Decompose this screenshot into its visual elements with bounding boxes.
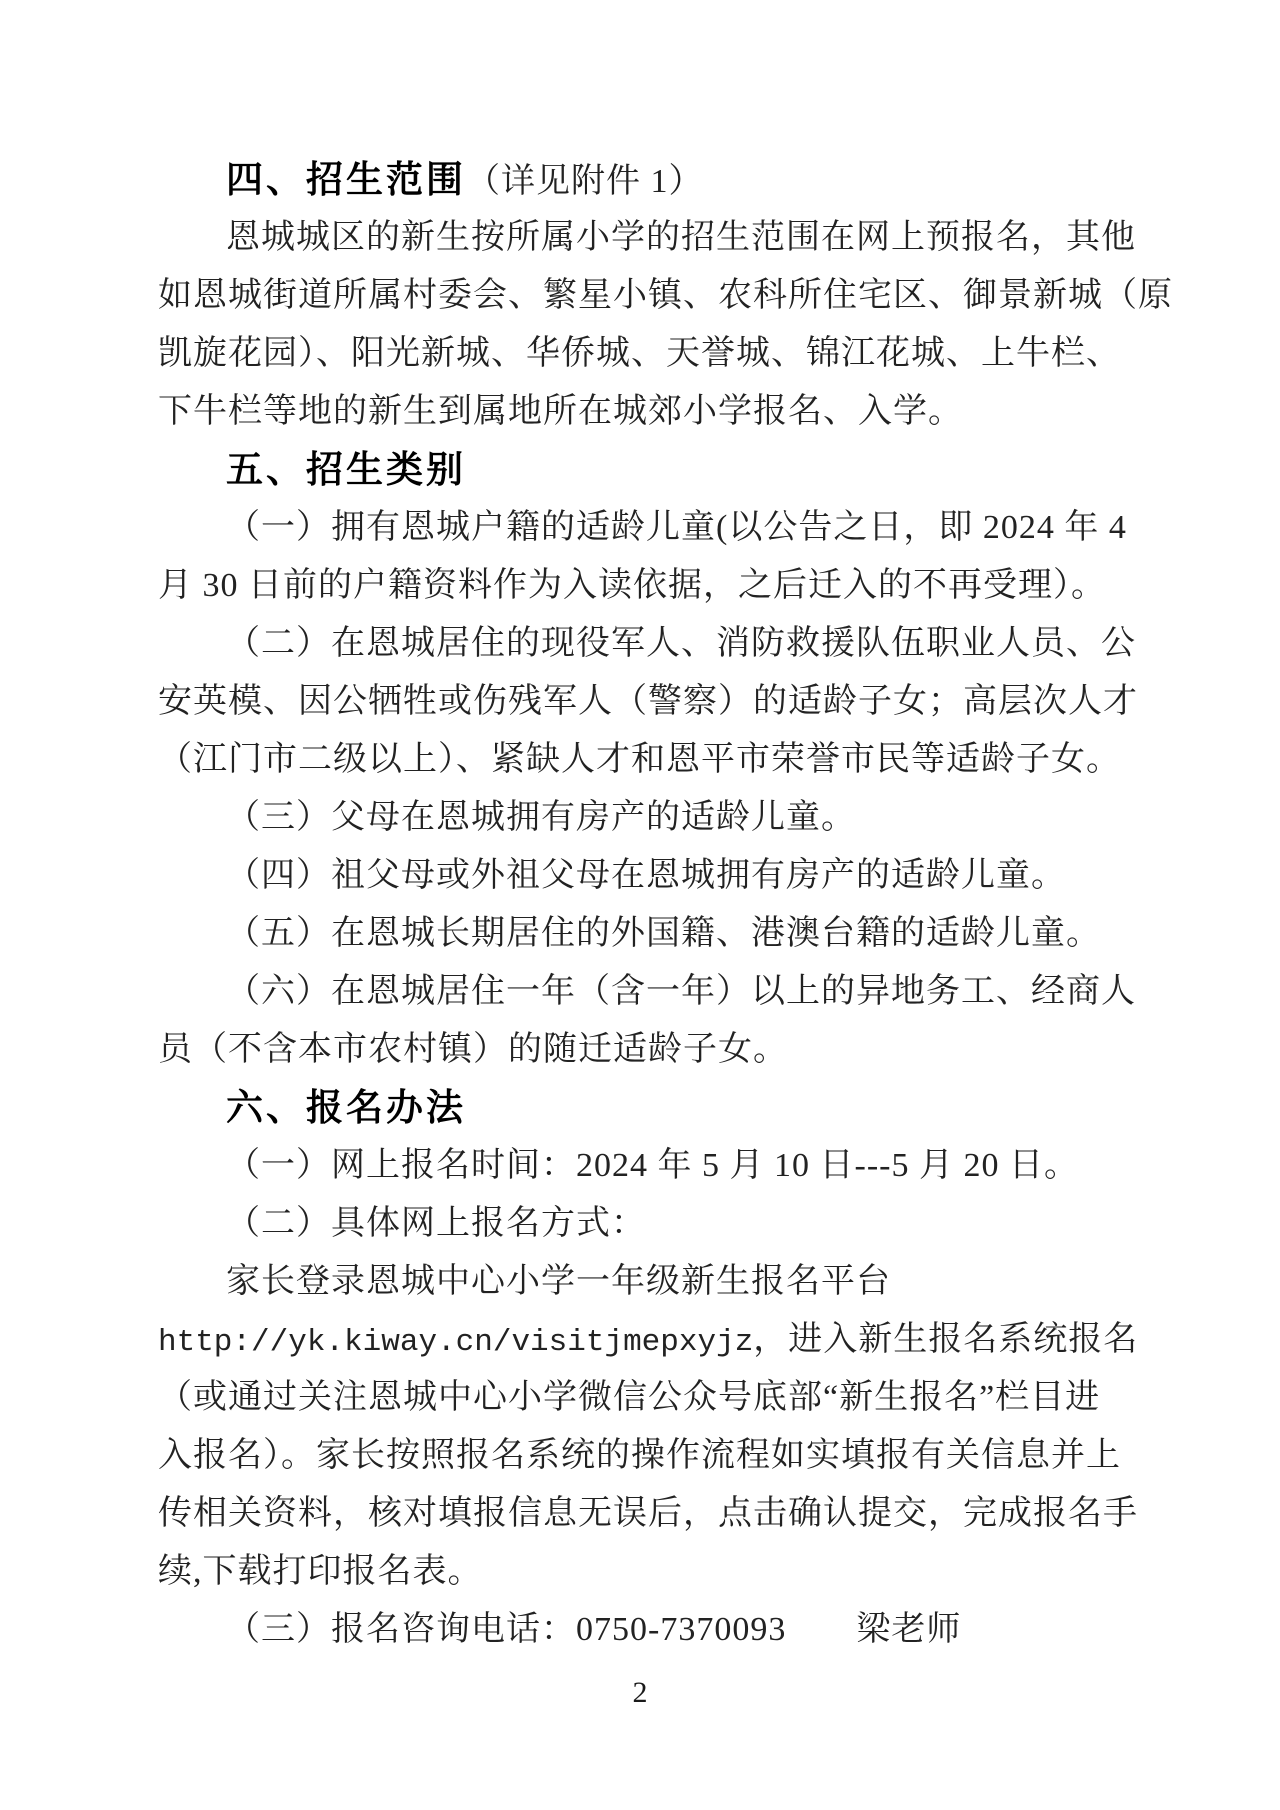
body-text: （或通过关注恩城中心小学微信公众号底部“新生报名”栏目进 (158, 1379, 1100, 1416)
text-line: 下牛栏等地的新生到属地所在城郊小学报名、入学。 (158, 383, 1126, 441)
body-text: （三）报名咨询电话：0750-7370093 梁老师 (226, 1611, 961, 1648)
heading-line: 四、招生范围（详见附件 1） (158, 151, 1126, 209)
text-line: （六）在恩城居住一年（含一年）以上的异地务工、经商人 (158, 963, 1126, 1021)
body-text: 安英模、因公牺牲或伤残军人（警察）的适龄子女；高层次人才 (158, 683, 1138, 720)
text-line: （三）报名咨询电话：0750-7370093 梁老师 (158, 1601, 1126, 1659)
text-line: 恩城城区的新生按所属小学的招生范围在网上预报名，其他 (158, 209, 1126, 267)
body-text: （详见附件 1） (466, 163, 704, 200)
page-number: 2 (0, 1676, 1280, 1710)
body-text: 员（不含本市农村镇）的随迁适龄子女。 (158, 1031, 788, 1068)
text-line: （四）祖父母或外祖父母在恩城拥有房产的适龄儿童。 (158, 847, 1126, 905)
text-line: （二）具体网上报名方式： (158, 1195, 1126, 1253)
body-text: （五）在恩城长期居住的外国籍、港澳台籍的适龄儿童。 (226, 915, 1101, 952)
text-line: （或通过关注恩城中心小学微信公众号底部“新生报名”栏目进 (158, 1369, 1126, 1427)
body-text: （六）在恩城居住一年（含一年）以上的异地务工、经商人 (226, 973, 1136, 1010)
text-line: 如恩城街道所属村委会、繁星小镇、农科所住宅区、御景新城（原 (158, 267, 1126, 325)
body-text: （江门市二级以上）、紧缺人才和恩平市荣誉市民等适龄子女。 (158, 741, 1121, 778)
heading-line: 六、报名办法 (158, 1079, 1126, 1137)
document-page: 四、招生范围（详见附件 1）恩城城区的新生按所属小学的招生范围在网上预报名，其他… (0, 0, 1280, 1810)
body-text: 传相关资料，核对填报信息无误后，点击确认提交，完成报名手 (158, 1495, 1138, 1532)
body-text: （一）网上报名时间：2024 年 5 月 10 日---5 月 20 日。 (226, 1147, 1079, 1184)
body-text: 下牛栏等地的新生到属地所在城郊小学报名、入学。 (158, 393, 963, 430)
body-text: 续,下载打印报名表。 (158, 1553, 483, 1590)
body-text: （四）祖父母或外祖父母在恩城拥有房产的适龄儿童。 (226, 857, 1066, 894)
body-text: 凯旋花园）、阳光新城、华侨城、天誉城、锦江花城、上牛栏、 (158, 335, 1121, 372)
body-text: （三）父母在恩城拥有房产的适龄儿童。 (226, 799, 856, 836)
body-text: （二）在恩城居住的现役军人、消防救援队伍职业人员、公 (226, 625, 1136, 662)
document-body: 四、招生范围（详见附件 1）恩城城区的新生按所属小学的招生范围在网上预报名，其他… (158, 151, 1126, 1659)
text-line: （二）在恩城居住的现役军人、消防救援队伍职业人员、公 (158, 615, 1126, 673)
text-line: （三）父母在恩城拥有房产的适龄儿童。 (158, 789, 1126, 847)
text-line: 月 30 日前的户籍资料作为入读依据，之后迁入的不再受理）。 (158, 557, 1126, 615)
text-line: （一）网上报名时间：2024 年 5 月 10 日---5 月 20 日。 (158, 1137, 1126, 1195)
text-line: http://yk.kiway.cn/visitjmepxyjz，进入新生报名系… (158, 1311, 1126, 1369)
section-heading-text: 六、报名办法 (226, 1087, 466, 1128)
text-line: 凯旋花园）、阳光新城、华侨城、天誉城、锦江花城、上牛栏、 (158, 325, 1126, 383)
text-line: 入报名）。家长按照报名系统的操作流程如实填报有关信息并上 (158, 1427, 1126, 1485)
body-text: （一）拥有恩城户籍的适龄儿童(以公告之日，即 2024 年 4 (226, 509, 1127, 546)
body-text: 入报名）。家长按照报名系统的操作流程如实填报有关信息并上 (158, 1437, 1121, 1474)
text-line: （江门市二级以上）、紧缺人才和恩平市荣誉市民等适龄子女。 (158, 731, 1126, 789)
section-heading-text: 五、招生类别 (226, 449, 466, 490)
text-line: （五）在恩城长期居住的外国籍、港澳台籍的适龄儿童。 (158, 905, 1126, 963)
body-text: ，进入新生报名系统报名 (753, 1321, 1138, 1358)
body-text: （二）具体网上报名方式： (226, 1205, 646, 1242)
body-text: 恩城城区的新生按所属小学的招生范围在网上预报名，其他 (226, 219, 1136, 256)
body-text: 家长登录恩城中心小学一年级新生报名平台 (226, 1263, 891, 1300)
text-line: 续,下载打印报名表。 (158, 1543, 1126, 1601)
section-heading-text: 四、招生范围 (226, 159, 466, 200)
heading-line: 五、招生类别 (158, 441, 1126, 499)
url-text: http://yk.kiway.cn/visitjmepxyjz (158, 1325, 753, 1360)
text-line: 家长登录恩城中心小学一年级新生报名平台 (158, 1253, 1126, 1311)
text-line: 安英模、因公牺牲或伤残军人（警察）的适龄子女；高层次人才 (158, 673, 1126, 731)
body-text: 月 30 日前的户籍资料作为入读依据，之后迁入的不再受理）。 (158, 567, 1106, 604)
text-line: （一）拥有恩城户籍的适龄儿童(以公告之日，即 2024 年 4 (158, 499, 1126, 557)
body-text: 如恩城街道所属村委会、繁星小镇、农科所住宅区、御景新城（原 (158, 277, 1173, 314)
text-line: 传相关资料，核对填报信息无误后，点击确认提交，完成报名手 (158, 1485, 1126, 1543)
text-line: 员（不含本市农村镇）的随迁适龄子女。 (158, 1021, 1126, 1079)
